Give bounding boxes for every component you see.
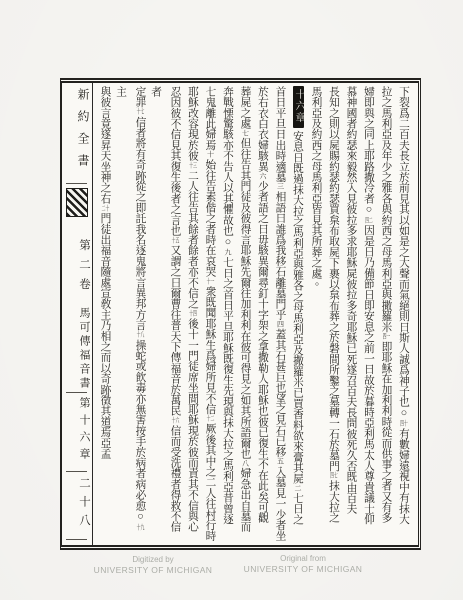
scripture-run: 首日平旦日出時適墓 [275,86,287,182]
scripture-run: 拉之馬利亞及年少之雅各與約西之母馬利亞與撒羅米 [380,86,392,332]
book-title: 新約全書 [62,88,92,176]
scripture-run: 相語曰誰爲我移石離墓門乎 [275,191,287,319]
verse-number: 七 [242,130,250,137]
gospel-title: 馬可傳福音書 [62,307,92,391]
scripture-run: 馬利亞及約西之母馬利亞皆見其所葬之處。 [310,86,322,289]
scripture-run: 於右衣白衣婦駭異 [257,86,269,172]
verse-number: 八 [242,460,250,467]
divider [66,539,87,540]
text-column: 首日平旦日出時適墓三相語曰誰爲我移石離墓門乎四蓋其石甚巨也望之見石已移五入墓見一… [272,86,290,542]
scripture-run: 七日之首日平旦耶穌既復生先現與抹大拉之馬利亞昔曾逐 [222,257,234,525]
scripture-run: 後十一門徒席坐間耶穌現於彼而責其不信與心 [187,318,199,532]
verse-number: 二 [294,485,302,492]
chapter-number-box: 十六章 [293,86,304,128]
chapter-label: 第十六章 [62,397,92,465]
verse-number: 十三 [189,162,197,169]
scanned-book-page: 新約全書 第二卷 馬可傳福音書 第十六章 二十八 下裂爲二百夫長立於前見其以如是… [0,0,463,600]
verse-number: 四 [277,321,285,328]
divider [66,471,87,472]
scripture-run: 婦急出自墓而 [240,468,252,532]
scripture-run: 定罪 [135,86,147,107]
scripture-run: 有數婦遠視中有抹大 [398,428,410,524]
watermark-line: Digitized by [88,555,218,565]
scripture-run: 信者將有奇跡從之即託我名逐鬼將言異邦方言 [135,116,147,330]
scripture-run: 七日之 [292,493,304,525]
scripture-run: 耶穌改容現於彼 [187,86,199,161]
scripture-run: 葬屍之處 [240,86,252,129]
text-column: 長知之則以屍賜約瑟約瑟買枲布取屍下裹以枲布葬之於磐間所鑿之墓轉一石於墓門四七抹大… [325,86,343,542]
scripture-run: 因是日乃備節日即安息之前一日故於暮時亞利馬太人尊貴議士仰 [363,225,375,525]
verse-number: 五 [277,458,285,465]
scripture-run: 與彼言竟遂昇天坐神之右 [100,86,112,204]
watermark-line: UNIVERSITY OF MICHIGAN [88,565,218,576]
scripture-run: 厥後其中之二人往村行時 [205,423,217,541]
watermark-line: Original from [238,554,368,564]
verse-number: 十四 [189,310,197,317]
text-column: 十六章安息日既過抹大拉之馬利亞與雅各之母馬利亞及撒羅米已買香料欲來膏其屍二七日之 [290,86,308,542]
scripture-run: 長知之則以屍賜約瑟約瑟買枲布取屍下裹以枲布葬之於磐間所鑿之墓轉一石於墓門 [328,86,340,471]
scripture-run: 七鬼離此婦焉 [205,86,217,150]
scripture-run: 即耶穌在加利利時從而供事之者又有多 [380,341,392,523]
scripture-run: 蓋其石甚巨也望之見石已移 [275,329,287,457]
text-column: 與彼言竟遂昇天坐神之右二十門徒出福音隨處宣敎主乃相之而以奇跡徵其道焉亞孟 [97,86,115,542]
text-column: 奔戰慄驚駭亦不告人以其懼故也○九七日之首日平旦耶穌既復生先現與抹大拉之馬利亞昔曾… [220,86,238,542]
text-column: 定罪十七信者將有奇跡從之即託我名逐鬼將言異邦方言十八操蛇或飲毒亦無害按手於病者病… [115,86,150,542]
text-column: 忍因彼不信見其復生後者之言也十五又謂之曰爾曹往普天下傳福音於萬民十六信而受洗禮者… [150,86,185,542]
verse-number: 十九 [137,524,145,531]
watermark-line: UNIVERSITY OF MICHIGAN [238,564,368,575]
verse-number: 十二 [207,415,215,422]
scripture-run: 奔戰慄驚駭亦不告人以其懼故也○ [222,86,234,248]
original-from-watermark: Original from UNIVERSITY OF MICHIGAN [238,554,368,575]
scripture-run: 忍因彼不信見其復生後者之言也 [170,86,182,236]
scripture-run: 但往告其門徒及彼得言耶穌先爾往加利利在彼可得見之如其所語爾也 [240,138,252,459]
text-column: 馬利亞及約西之母馬利亞皆見其所葬之處。 [308,86,326,542]
scripture-run: 門徒出福音隨處宣敎主乃相之而以奇跡徵其道焉亞孟 [100,213,112,459]
scripture-run: 二人往告其餘者餘者亦不信之 [187,170,199,309]
verse-number: 十七 [137,108,145,115]
divider [66,183,87,184]
scripture-run: 下裂爲二百夫長立於前見其以如是之大聲而氣絕則曰斯人誠爲神子也○ [398,86,410,419]
page-frame: 新約全書 第二卷 馬可傳福音書 第十六章 二十八 下裂爲二百夫長立於前見其以如是… [60,78,421,550]
text-column: 婦即與之同上耶路撒冷者○四二因是日乃備節日即安息之前一日故於暮時亞利馬太人尊貴議… [360,86,378,542]
scripture-run: 又謂之曰爾曹往普天下傳福音於萬民 [170,245,182,416]
verse-number: 四十 [400,420,408,427]
verse-number: 十五 [172,237,180,244]
text-column: 葬屍之處七但往告其門徒及彼得言耶穌先爾往加利利在彼可得見之如其所語爾也八婦急出自… [237,86,255,542]
verse-number: 十八 [137,331,145,338]
verse-number: 六 [259,173,267,180]
text-column: 拉之馬利亞及年少之雅各與約西之母馬利亞與撒羅米四一即耶穌在加利利時從而供事之者又… [378,86,396,542]
verse-number: 四七 [330,472,338,479]
verse-number: 三 [277,183,285,190]
verse-number: 十一 [207,278,215,285]
scripture-run: 少者語之曰毋駭異爾尋釘十字架之拿撒勒人耶穌也彼已復生不在此矣可觀 [257,181,269,523]
verse-number: 九 [224,249,232,256]
fishtail-ornament-icon [67,189,87,216]
scripture-run: 衆既聞耶穌生爲婦所見不信 [205,286,217,414]
scripture-run: 入墓見一少者坐 [275,466,287,541]
text-column: 七鬼離此婦焉十始往告素偕之者時在哀哭十一衆既聞耶穌生爲婦所見不信十二厥後其中之二… [202,86,220,542]
scripture-run: 操蛇或飲毒亦無害按手於病者病必愈○ [135,339,147,522]
scripture-run: 始往告素偕之者時在哀哭 [205,159,217,277]
verse-number: 十六 [172,417,180,424]
page-number: 二十八 [62,477,92,533]
scripture-text: 下裂爲二百夫長立於前見其以如是之大聲而氣絕則曰斯人誠爲神子也○四十有數婦遠視中有… [93,83,418,545]
scripture-run: 婦即與之同上耶路撒冷者○ [363,86,375,216]
verse-number: 二十 [102,205,110,212]
scripture-run: 安息日既過抹大拉之馬利亞與雅各之母馬利亞及撒羅米已買香料欲來膏其屍 [292,131,304,484]
volume-label: 第二卷 [62,239,92,298]
text-column: 於右衣白衣婦駭異六少者語之曰毋駭異爾尋釘十字架之拿撒勒人耶穌也彼已復生不在此矣可… [255,86,273,542]
verse-number: 十 [207,151,215,158]
digitized-by-watermark: Digitized by UNIVERSITY OF MICHIGAN [88,555,218,576]
text-column: 耶穌改容現於彼十三二人往告其餘者餘者亦不信之十四後十一門徒席坐間耶穌現於彼而責其… [185,86,203,542]
text-column: 慕神國者約瑟來毅然入見彼拉多求耶穌屍彼拉多奇耶穌已死遂召百夫長問彼死久否既由百夫 [343,86,361,542]
scripture-run: 抹大拉之 [328,480,340,523]
verse-number: 四一 [382,333,390,340]
text-column: 下裂爲二百夫長立於前見其以如是之大聲而氣絕則曰斯人誠爲神子也○四十有數婦遠視中有… [395,86,413,542]
scripture-run: 主 [115,86,127,97]
verse-number: 四二 [365,217,373,224]
divider [66,392,87,393]
margin-title-column: 新約全書 第二卷 馬可傳福音書 第十六章 二十八 [62,83,93,545]
scripture-run: 慕神國者約瑟來毅然入見彼拉多求耶穌屍彼拉多奇耶穌已死遂召百夫長問彼死久否既由百夫 [345,86,357,514]
